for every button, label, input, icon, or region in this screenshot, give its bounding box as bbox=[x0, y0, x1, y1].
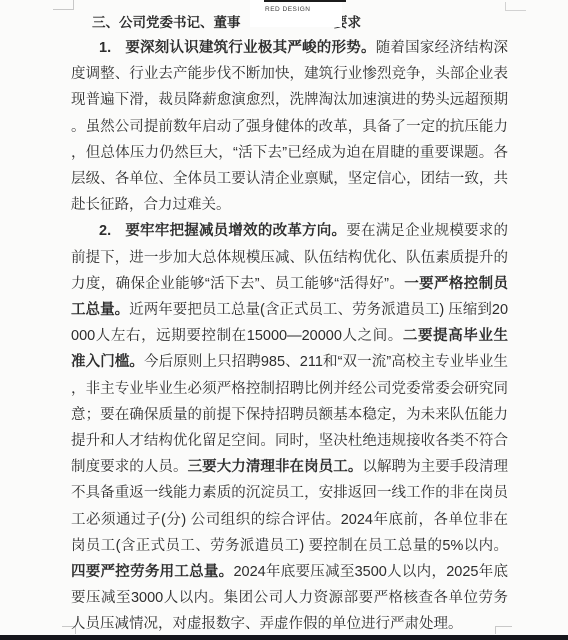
paragraph-number: 1. bbox=[99, 40, 111, 56]
document-body: 1.要深刻认识建筑行业极其严峻的形势。随着国家经济结构深度调整、行业去产能步伐不… bbox=[71, 35, 508, 638]
frame-corner-mark-top-left bbox=[53, 0, 74, 10]
frame-corner-mark-top-right bbox=[505, 2, 526, 11]
document-page: 三、公司党委书记、董事 要求 RED DESIGN 1.要深刻认识建筑行业极其严… bbox=[0, 0, 568, 640]
watermark-sticker: RED DESIGN bbox=[250, 0, 342, 27]
body-text: 今后原则上只招聘985、211和“双一流”高校主专业毕业生，非主专业毕业生必须严… bbox=[71, 354, 508, 475]
emphasis-text: 要牢牢把握减员增效的改革方向。 bbox=[125, 223, 346, 239]
body-text: 随着国家经济结构深度调整、行业去产能步伐不断加快，建筑行业惨烈竞争，头部企业表现… bbox=[71, 40, 508, 213]
section-heading-left: 三、公司党委书记、董事 bbox=[92, 11, 241, 31]
emphasis-text: 四要严控劳务用工总量。 bbox=[71, 564, 233, 580]
paragraph: 2.要牢牢把握减员增效的改革方向。要在满足企业规模要求的前提下，进一步加大总体规… bbox=[71, 218, 508, 637]
paragraph-number: 2. bbox=[99, 223, 111, 239]
emphasis-text: 三要大力清理非在岗员工。 bbox=[188, 459, 363, 475]
emphasis-text: 要深刻认识建筑行业极其严峻的形势。 bbox=[125, 40, 376, 56]
watermark-rule bbox=[264, 0, 346, 2]
watermark-label: RED DESIGN bbox=[265, 6, 310, 13]
photo-bottom-edge bbox=[0, 635, 568, 640]
paragraph: 1.要深刻认识建筑行业极其严峻的形势。随着国家经济结构深度调整、行业去产能步伐不… bbox=[71, 35, 508, 218]
